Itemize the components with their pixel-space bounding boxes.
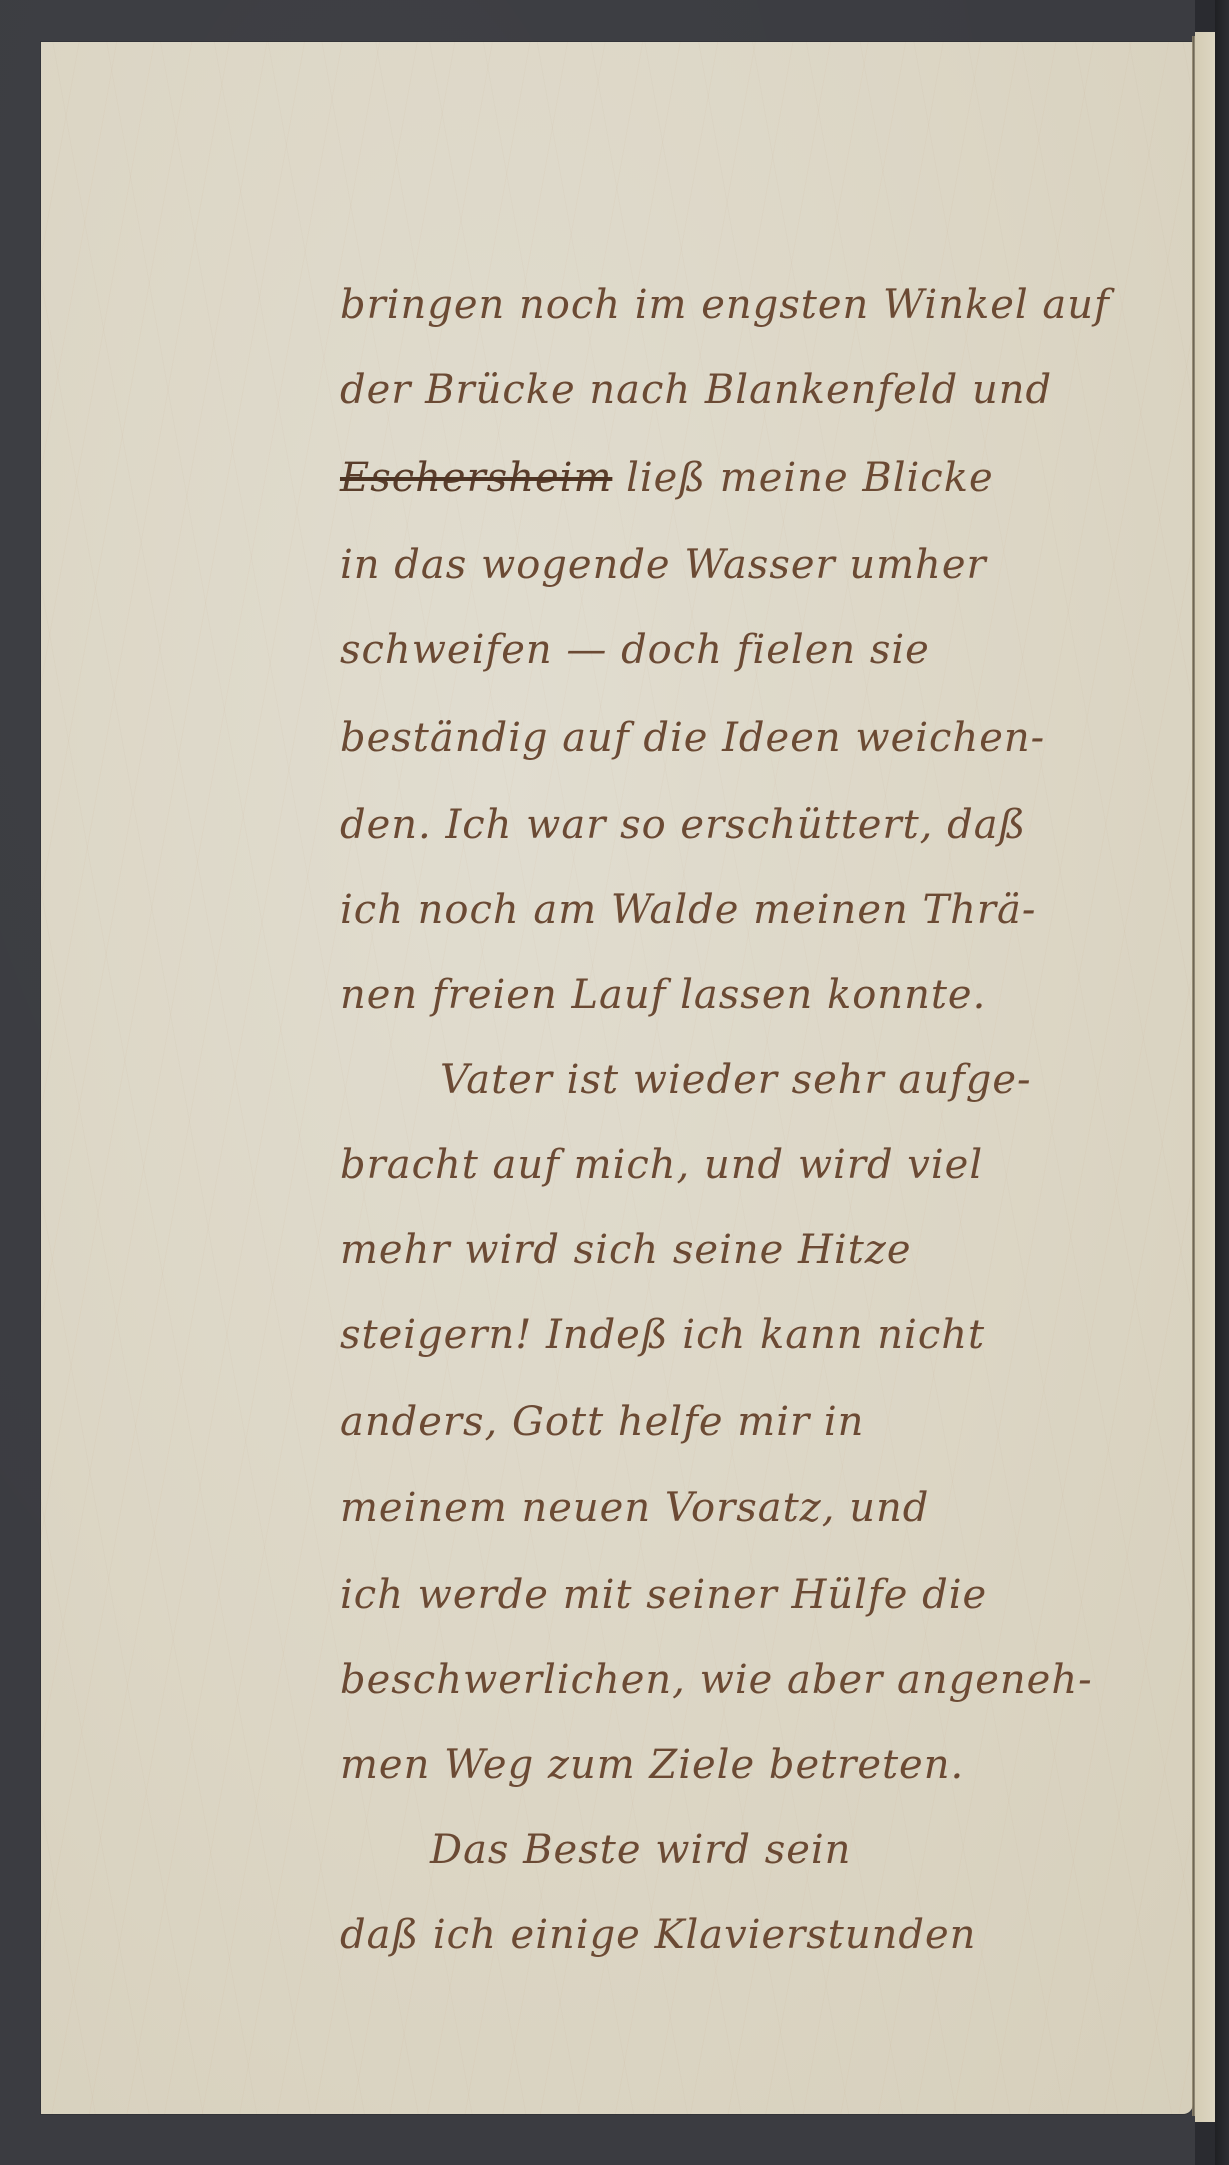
handwritten-text-block: bringen noch im engsten Winkel auf der B…	[0, 0, 1229, 2165]
manuscript-line: ich werde mit seiner Hülfe die	[340, 1575, 987, 1615]
struck-through-word: Eschersheim	[340, 455, 612, 501]
manuscript-line: mehr wird sich seine Hitze	[340, 1230, 912, 1270]
manuscript-line-indented: Das Beste wird sein	[430, 1830, 851, 1870]
manuscript-line: den. Ich war so erschüttert, daß	[340, 805, 1026, 845]
manuscript-line: beschwerlichen, wie aber angeneh-	[340, 1660, 1093, 1700]
manuscript-line: daß ich einige Klavierstunden	[340, 1915, 976, 1955]
manuscript-line: Eschersheim ließ meine Blicke	[340, 458, 994, 498]
manuscript-line: schweifen — doch fielen sie	[340, 630, 930, 670]
manuscript-line: bracht auf mich, und wird viel	[340, 1145, 983, 1185]
manuscript-line: steigern! Indeß ich kann nicht	[340, 1315, 985, 1355]
manuscript-line-indented: Vater ist wieder sehr aufge-	[440, 1060, 1032, 1100]
manuscript-line: in das wogende Wasser umher	[340, 545, 987, 585]
manuscript-line: anders, Gott helfe mir in	[340, 1402, 864, 1442]
manuscript-line-text: ließ meine Blicke	[626, 455, 994, 501]
manuscript-line: der Brücke nach Blankenfeld und	[340, 370, 1052, 410]
manuscript-line: men Weg zum Ziele betreten.	[340, 1745, 964, 1785]
manuscript-line: bringen noch im engsten Winkel auf	[340, 285, 1110, 325]
manuscript-line: meinem neuen Vorsatz, und	[340, 1488, 929, 1528]
manuscript-line: ich noch am Walde meinen Thrä-	[340, 890, 1036, 930]
manuscript-line: nen freien Lauf lassen konnte.	[340, 975, 986, 1015]
manuscript-line: beständig auf die Ideen weichen-	[340, 718, 1045, 758]
